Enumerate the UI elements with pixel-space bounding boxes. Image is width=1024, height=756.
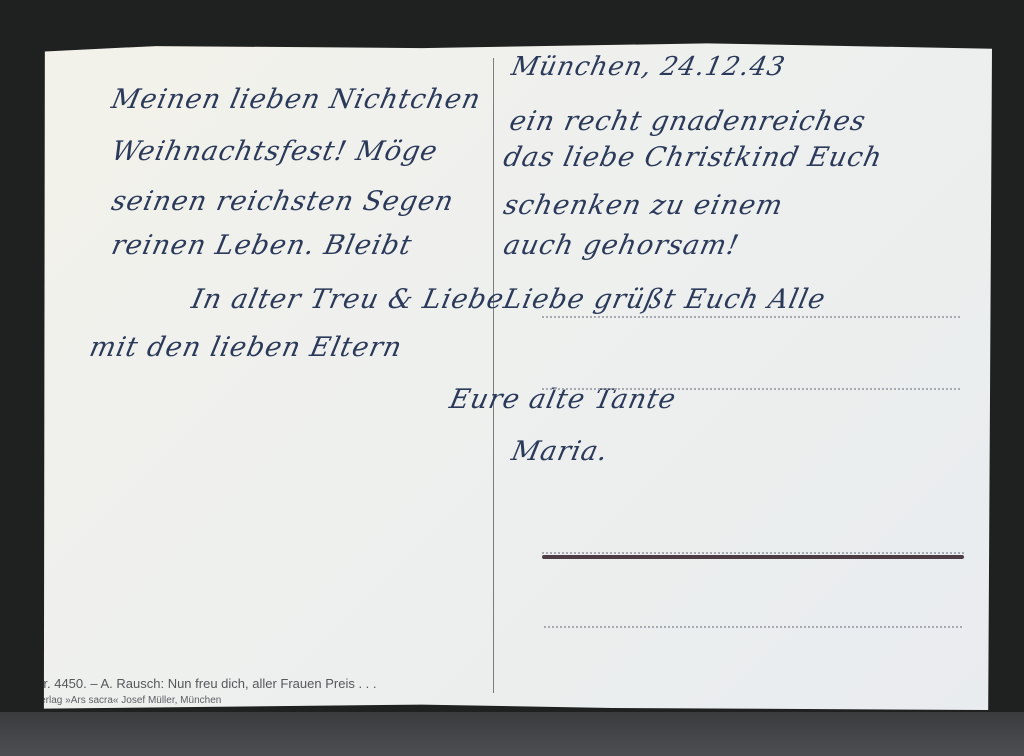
publisher-line: Verlag »Ars sacra« Josef Müller, München (34, 695, 221, 706)
address-dotted-line (542, 552, 964, 554)
print-caption: Nr. 4450. – A. Rausch: Nun freu dich, al… (34, 676, 377, 691)
message-line: auch gehorsam! (501, 230, 742, 261)
postcard: München, 24.12.43 Meinen lieben Nichtche… (42, 38, 992, 710)
address-dotted-line (542, 316, 960, 318)
message-line: In alter Treu & Liebe (189, 284, 508, 315)
message-line: ein recht gnadenreiches (507, 106, 869, 137)
address-dotted-line (544, 626, 962, 628)
message-line: reinen Leben. Bleibt (109, 230, 415, 261)
signature: Maria. (509, 436, 612, 467)
message-line: mit den lieben Eltern (87, 332, 405, 363)
message-line: das liebe Christkind Euch (501, 142, 886, 173)
address-dotted-line (542, 388, 960, 390)
center-divider-line (493, 58, 494, 693)
message-line: Weihnachtsfest! Möge (109, 136, 441, 167)
message-line: seinen reichsten Segen (109, 186, 457, 217)
message-line: Liebe grüßt Euch Alle (501, 284, 829, 315)
address-solid-rule (542, 555, 964, 559)
message-line: Meinen lieben Nichtchen (109, 84, 484, 115)
table-surface (0, 712, 1024, 756)
date-line: München, 24.12.43 (509, 52, 788, 82)
message-line: schenken zu einem (501, 190, 786, 221)
